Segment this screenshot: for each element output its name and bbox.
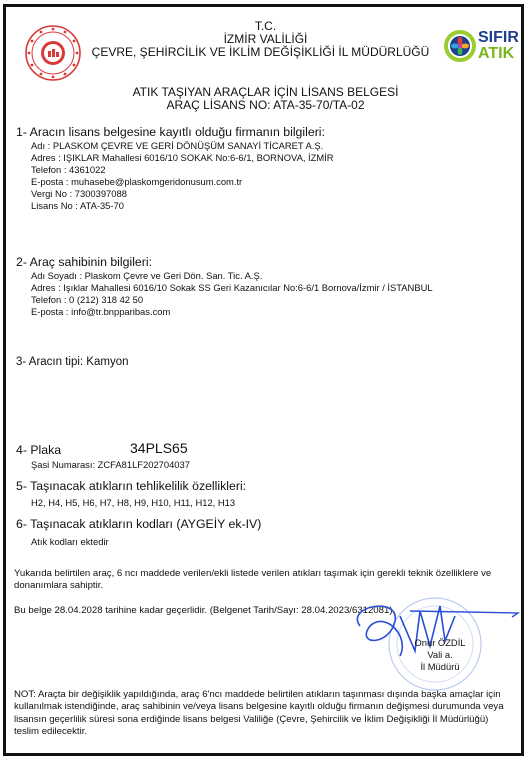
section5-heading: 5- Taşınacak atıkların tehlikelilik özel… [16, 479, 246, 493]
section2-heading: 2- Araç sahibinin bilgileri: [16, 255, 152, 269]
section1-heading: 1- Aracın lisans belgesine kayıtlı olduğ… [16, 125, 325, 139]
header-directorate: ÇEVRE, ŞEHİRCİLİK VE İKLİM DEĞİŞİKLİĞİ İ… [0, 46, 526, 59]
section1-details: Adı : PLASKOM ÇEVRE VE GERİ DÖNÜŞÜM SANA… [31, 140, 334, 212]
chassis-number: Şasi Numarası: ZCFA81LF202704037 [31, 459, 190, 471]
section6-heading: 6- Taşınacak atıkların kodları (AYGEİY e… [16, 517, 261, 531]
owner-phone: Telefon : 0 (212) 318 42 50 [31, 294, 433, 306]
hazard-properties: H2, H4, H5, H6, H7, H8, H9, H10, H11, H1… [31, 497, 235, 509]
vehicle-type: 3- Aracın tipi: Kamyon [16, 356, 129, 368]
company-tax-no: Vergi No : 7300397088 [31, 188, 334, 200]
owner-address: Adres : Işıklar Mahallesi 6016/10 Sokak … [31, 282, 433, 294]
owner-email: E-posta : info@tr.bnpparibas.com [31, 306, 433, 318]
signatory-title-1: Vali a. [400, 649, 480, 661]
statement-text: Yukarıda belirtilen araç, 6 ncı maddede … [14, 568, 514, 593]
plate-label: 4- Plaka [16, 443, 61, 457]
owner-name: Adı Soyadı : Plaskom Çevre ve Geri Dön. … [31, 270, 433, 282]
plate-number: 34PLS65 [130, 440, 188, 456]
license-number: ARAÇ LİSANS NO: ATA-35-70/TA-02 [0, 99, 531, 112]
company-license-no: Lisans No : ATA-35-70 [31, 200, 334, 212]
validity-text: Bu belge 28.04.2028 tarihine kadar geçer… [14, 605, 393, 617]
company-address: Adres : IŞIKLAR Mahallesi 6016/10 SOKAK … [31, 152, 334, 164]
company-email: E-posta : muhasebe@plaskomgeridonusum.co… [31, 176, 334, 188]
signatory-name: Onur ÖZDİL [400, 637, 480, 649]
signatory-title-2: İl Müdürü [400, 661, 480, 673]
waste-codes: Atık kodları ektedir [31, 536, 109, 548]
note-text: NOT: Araçta bir değişiklik yapıldığında,… [14, 689, 516, 739]
company-name: Adı : PLASKOM ÇEVRE VE GERİ DÖNÜŞÜM SANA… [31, 140, 334, 152]
signatory-block: Onur ÖZDİL Vali a. İl Müdürü [400, 637, 480, 673]
section2-details: Adı Soyadı : Plaskom Çevre ve Geri Dön. … [31, 270, 433, 318]
company-phone: Telefon : 4361022 [31, 164, 334, 176]
